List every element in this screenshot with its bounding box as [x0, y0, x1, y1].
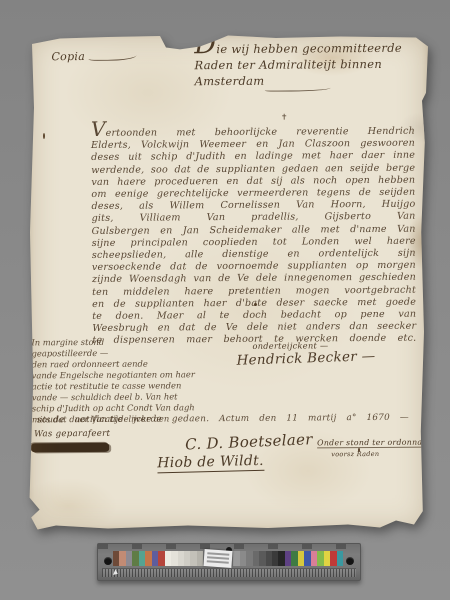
petition-body-text: Vertoonden met behoorlijcke reverentie H…: [91, 121, 417, 348]
paper-sheet: Copia Die wij hebben gecommitteerde Rade…: [28, 33, 428, 531]
photograph-of-manuscript: Copia Die wij hebben gecommitteerde Rade…: [0, 0, 450, 600]
signature-boetselaer: C. D. Boetselaer: [185, 430, 313, 453]
heading-line: Raden ter Admiraliteijt binnen: [194, 56, 426, 74]
color-patch: [337, 551, 343, 566]
color-calibration-ruler: [97, 543, 361, 581]
crossed-out-word: [31, 443, 109, 453]
right-color-patches: [285, 551, 343, 566]
by-order-note: Onder stond ter ordonnantie vande: [317, 438, 432, 449]
light-gray-steps: [165, 551, 204, 566]
ruler-tick-scale: [102, 568, 356, 577]
ruler-hole-right: [346, 557, 354, 565]
notification-date-line: soude notificatie werde gedaen. Actum de…: [37, 413, 409, 426]
ruler-white-label: [204, 549, 233, 568]
signature-hendrick-becker: Hendrick Becker —: [236, 348, 375, 369]
by-order-note-small: voorsz Raden: [331, 450, 379, 458]
gray-step-patch: [197, 551, 203, 566]
color-patch-row: [113, 551, 343, 566]
copy-annotation: Copia: [51, 50, 85, 63]
heading-line: Die wij hebben gecommitteerde: [194, 39, 426, 58]
document-heading: Die wij hebben gecommitteerde Raden ter …: [194, 39, 426, 90]
ink-flourish: [88, 52, 136, 61]
manuscript-paper: Copia Die wij hebben gecommitteerde Rade…: [28, 33, 428, 531]
signature-hiob-de-wildt: Hiob de Wildt.: [157, 453, 264, 474]
ruler-hole-left: [104, 557, 112, 565]
cross-mark: ✝: [281, 113, 288, 122]
marginal-apostille-note: In margine stondgeapostilleerde —den rae…: [31, 336, 250, 426]
left-color-patches: [113, 551, 165, 566]
paraph-note: Was geparafeert: [34, 429, 110, 440]
dark-gray-steps: [233, 551, 285, 566]
ink-flourish: [265, 85, 331, 91]
handwriting-layer: Copia Die wij hebben gecommitteerde Rade…: [26, 32, 429, 533]
